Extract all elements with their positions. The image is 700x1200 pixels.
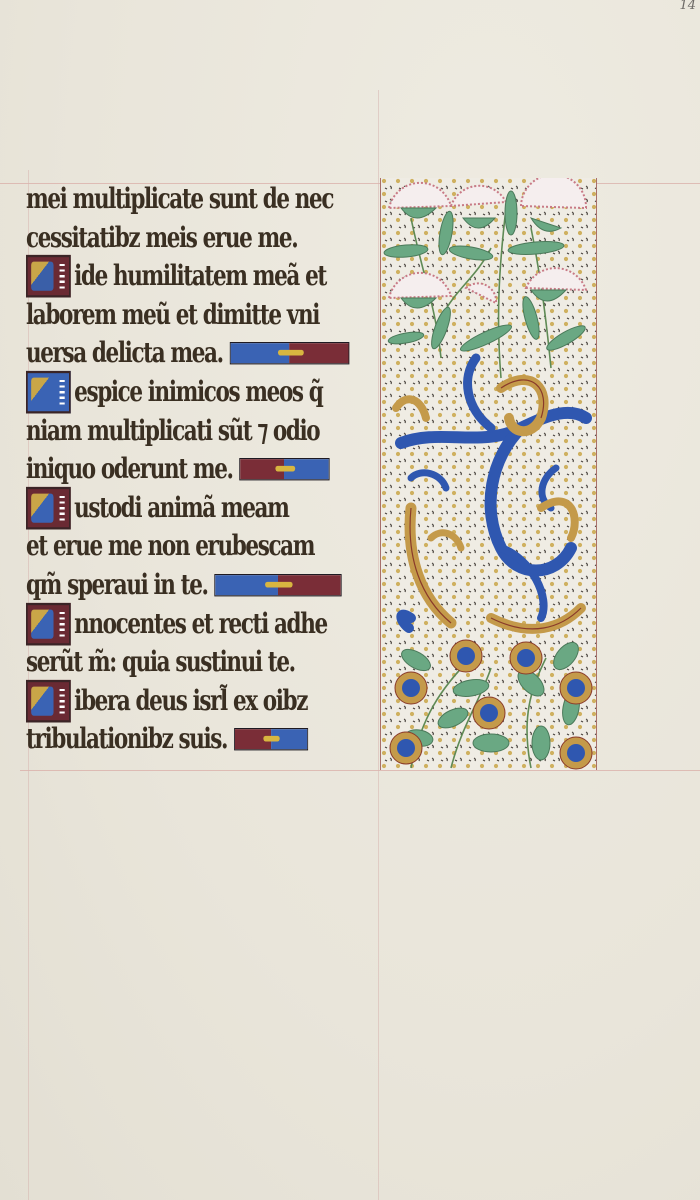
illuminated-initial [26, 370, 71, 413]
text-block: mei multiplicate sunt de neccessitatibz … [26, 178, 378, 757]
line-filler-ornament [215, 573, 342, 595]
line-text: mei multiplicate sunt de nec [26, 177, 333, 220]
text-line: iniquo oderunt me. [26, 446, 329, 489]
text-line: qm̃ speraui in te. [26, 562, 329, 605]
line-filler-ornament [240, 458, 330, 480]
ruling-line-center [378, 90, 379, 1200]
initial-letter-field [31, 377, 53, 406]
initial-dots-ornament [60, 264, 65, 289]
illuminated-border [380, 178, 597, 770]
text-line: serũt m̃: quia sustinui te. [26, 639, 329, 682]
line-text: serũt m̃: quia sustinui te. [26, 640, 295, 683]
text-line: niam multiplicati sũt ⁊ odio [26, 407, 329, 450]
initial-dots-ornament [60, 611, 65, 636]
floral-border-illustration [381, 178, 596, 770]
ruling-line-bottom [20, 770, 700, 771]
line-text: tribulationibz suis. [26, 718, 227, 761]
initial-dots-ornament [60, 495, 65, 520]
text-line: ustodi animã meam [26, 484, 329, 527]
line-filler-ornament [234, 728, 308, 750]
text-line: uersa delicta mea. [26, 330, 329, 373]
folio-number: 14 [679, 0, 696, 13]
text-line: ide humilitatem meã et [26, 253, 329, 296]
text-line: cessitatibz meis eruе me. [26, 214, 329, 257]
manuscript-page: 14 mei multiplicate sunt de neccessitati… [0, 0, 700, 1200]
line-filler-ornament [230, 342, 350, 364]
initial-letter-field [31, 609, 53, 638]
text-line: laborem meũ et dimitte vni [26, 291, 329, 334]
text-line: ibera deus isrl̃ ex oibz [26, 677, 329, 720]
line-text: espice inimicos meos q̃ [74, 370, 322, 413]
initial-dots-ornament [60, 688, 65, 713]
text-line: espice inimicos meos q̃ [26, 369, 329, 412]
text-line: nnocentes et recti adhe [26, 600, 329, 643]
initial-dots-ornament [60, 379, 65, 404]
initial-letter-field [31, 686, 53, 715]
text-line: tribulationibz suis. [26, 716, 329, 759]
initial-letter-field [31, 261, 53, 290]
text-line: mei multiplicate sunt de nec [26, 176, 329, 219]
line-text: qm̃ speraui in te. [26, 563, 208, 606]
initial-letter-field [31, 493, 53, 522]
text-line: et eruе me non erubescam [26, 523, 329, 566]
